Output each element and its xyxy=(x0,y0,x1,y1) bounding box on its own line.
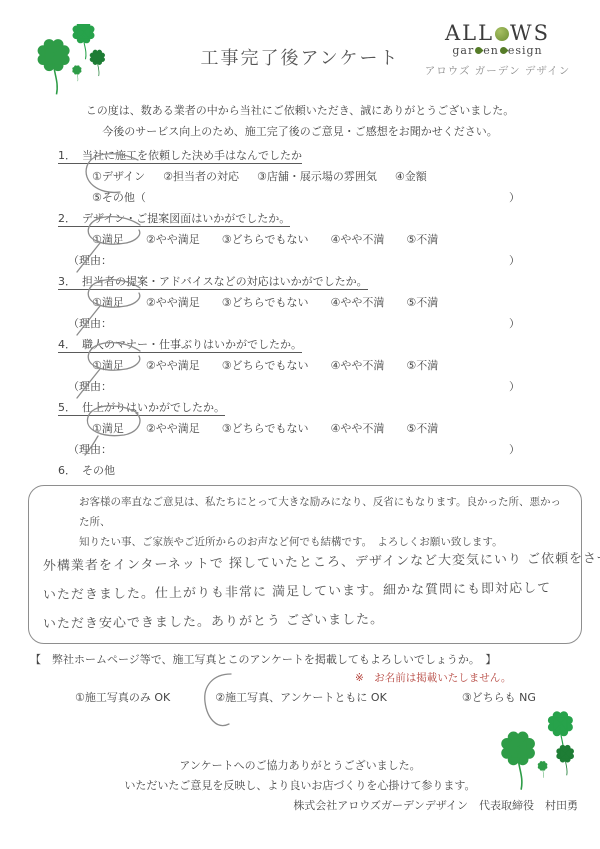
option: ③どちらも NG xyxy=(462,687,536,708)
option: ③どちらでもない xyxy=(222,418,309,439)
logo-text-pre: ALL xyxy=(445,21,494,45)
option: ④やや不満 xyxy=(331,229,385,250)
option: ④やや不満 xyxy=(331,355,385,376)
option: ①満足 xyxy=(92,292,124,313)
option: ③どちらでもない xyxy=(222,229,309,250)
option: ①満足 xyxy=(92,355,124,376)
question-list: 1．当社に施工を依頼した決め手はなんでしたか ①デザイン ②担当者の対応 ③店舗… xyxy=(0,145,600,481)
clover-decoration-icon xyxy=(494,708,590,804)
option: ④やや不満 xyxy=(331,418,385,439)
question-4-options: ①満足 ②やや満足 ③どちらでもない ④やや不満 ⑤不満 xyxy=(92,355,600,376)
logo-sub-part: esign xyxy=(508,44,543,57)
option: ②やや満足 xyxy=(146,292,200,313)
question-3: 3．担当者の提案・アドバイスなどの対応はいかがでしたか。 ①満足 ②やや満足 ③… xyxy=(0,271,600,334)
question-4-reason-row: （理由：） xyxy=(68,376,520,397)
logo-o-ball-icon xyxy=(495,27,509,41)
option: ⑤不満 xyxy=(406,229,438,250)
logo-sub-part: gar xyxy=(452,44,474,57)
leaf-dot-icon xyxy=(498,46,508,56)
question-4: 4．職人のマナー・仕事ぶりはいかがでしたか。 ①満足 ②やや満足 ③どちらでもな… xyxy=(0,334,600,397)
option: ③店舗・展示場の雰囲気 xyxy=(257,166,377,187)
option: ②施工写真、アンケートともに OK xyxy=(215,687,387,708)
logo-kana: アロウズ ガーデン デザイン xyxy=(415,63,580,78)
option: ①満足 xyxy=(92,229,124,250)
option: ⑤不満 xyxy=(406,292,438,313)
question-1-options: ①デザイン ②担当者の対応 ③店舗・展示場の雰囲気 ④金額 xyxy=(92,166,600,187)
option: ②やや満足 xyxy=(146,229,200,250)
question-5-title: 5．仕上がりはいかがでしたか。 xyxy=(58,397,600,418)
publication-consent: 【 弊社ホームページ等で、施工写真とこのアンケートを掲載してもよろしいでしょうか… xyxy=(0,650,600,708)
question-1-other-row: ⑤その他（） xyxy=(92,187,520,208)
publication-options: ①施工写真のみ OK ②施工写真、アンケートともに OK ③どちらも NG xyxy=(75,687,600,708)
option: ⑤不満 xyxy=(406,418,438,439)
selection-circle-icon xyxy=(201,672,261,738)
question-6: 6．その他 xyxy=(0,460,600,481)
option: ①満足 xyxy=(92,418,124,439)
option: ⑤不満 xyxy=(406,355,438,376)
option: ④やや不満 xyxy=(331,292,385,313)
question-5: 5．仕上がりはいかがでしたか。 ①満足 ②やや満足 ③どちらでもない ④やや不満… xyxy=(0,397,600,460)
option: ②担当者の対応 xyxy=(163,166,239,187)
question-2-reason-row: （理由：） xyxy=(68,250,520,271)
option: ③どちらでもない xyxy=(222,355,309,376)
question-2-options: ①満足 ②やや満足 ③どちらでもない ④やや不満 ⑤不満 xyxy=(92,229,600,250)
intro-line-2: 今後のサービス向上のため、施工完了後のご意見・ご感想をお聞かせください。 xyxy=(0,121,600,142)
footer-company-line: 株式会社アロウズガーデンデザイン 代表取締役 村田勇 xyxy=(0,796,578,816)
header: 工事完了後アンケート ALLWS garenesign アロウズ ガーデン デザ… xyxy=(0,0,600,98)
question-3-title: 3．担当者の提案・アドバイスなどの対応はいかがでしたか。 xyxy=(58,271,600,292)
option: ③どちらでもない xyxy=(222,292,309,313)
option: ④金額 xyxy=(395,166,427,187)
question-5-options: ①満足 ②やや満足 ③どちらでもない ④やや不満 ⑤不満 xyxy=(92,418,600,439)
comment-box-note-line-1: お客様の率直なご意見は、私たちにとって大きな励みになり、反省にもなります。良かっ… xyxy=(43,492,567,532)
option: ②やや満足 xyxy=(146,418,200,439)
handwritten-comment-line-3: いただき安心できました。ありがとう ございました。 xyxy=(43,603,567,639)
logo-wordmark: ALLWS xyxy=(415,22,580,44)
question-6-title: 6．その他 xyxy=(58,460,600,481)
question-5-reason-row: （理由：） xyxy=(68,439,520,460)
publication-question: 【 弊社ホームページ等で、施工写真とこのアンケートを掲載してもよろしいでしょうか… xyxy=(30,650,600,669)
question-1: 1．当社に施工を依頼した決め手はなんでしたか ①デザイン ②担当者の対応 ③店舗… xyxy=(0,145,600,208)
option: ①デザイン xyxy=(92,166,145,187)
survey-sheet: 工事完了後アンケート ALLWS garenesign アロウズ ガーデン デザ… xyxy=(0,0,600,849)
logo-subtext: garenesign xyxy=(415,44,580,57)
option: ①施工写真のみ OK xyxy=(75,687,170,708)
question-2: 2．デザイン・ご提案図面はいかがでしたか。 ①満足 ②やや満足 ③どちらでもない… xyxy=(0,208,600,271)
logo-text-post: WS xyxy=(510,21,550,45)
option: ②やや満足 xyxy=(146,355,200,376)
question-1-title: 1．当社に施工を依頼した決め手はなんでしたか xyxy=(58,145,600,166)
question-3-options: ①満足 ②やや満足 ③どちらでもない ④やや不満 ⑤不満 xyxy=(92,292,600,313)
publication-note: ※ お名前は掲載いたしません。 xyxy=(355,669,600,687)
comment-box: お客様の率直なご意見は、私たちにとって大きな励みになり、反省にもなります。良かっ… xyxy=(28,485,582,644)
question-3-reason-row: （理由：） xyxy=(68,313,520,334)
logo-sub-part: en xyxy=(483,44,499,57)
question-2-title: 2．デザイン・ご提案図面はいかがでしたか。 xyxy=(58,208,600,229)
company-logo: ALLWS garenesign アロウズ ガーデン デザイン xyxy=(415,22,580,78)
question-4-title: 4．職人のマナー・仕事ぶりはいかがでしたか。 xyxy=(58,334,600,355)
